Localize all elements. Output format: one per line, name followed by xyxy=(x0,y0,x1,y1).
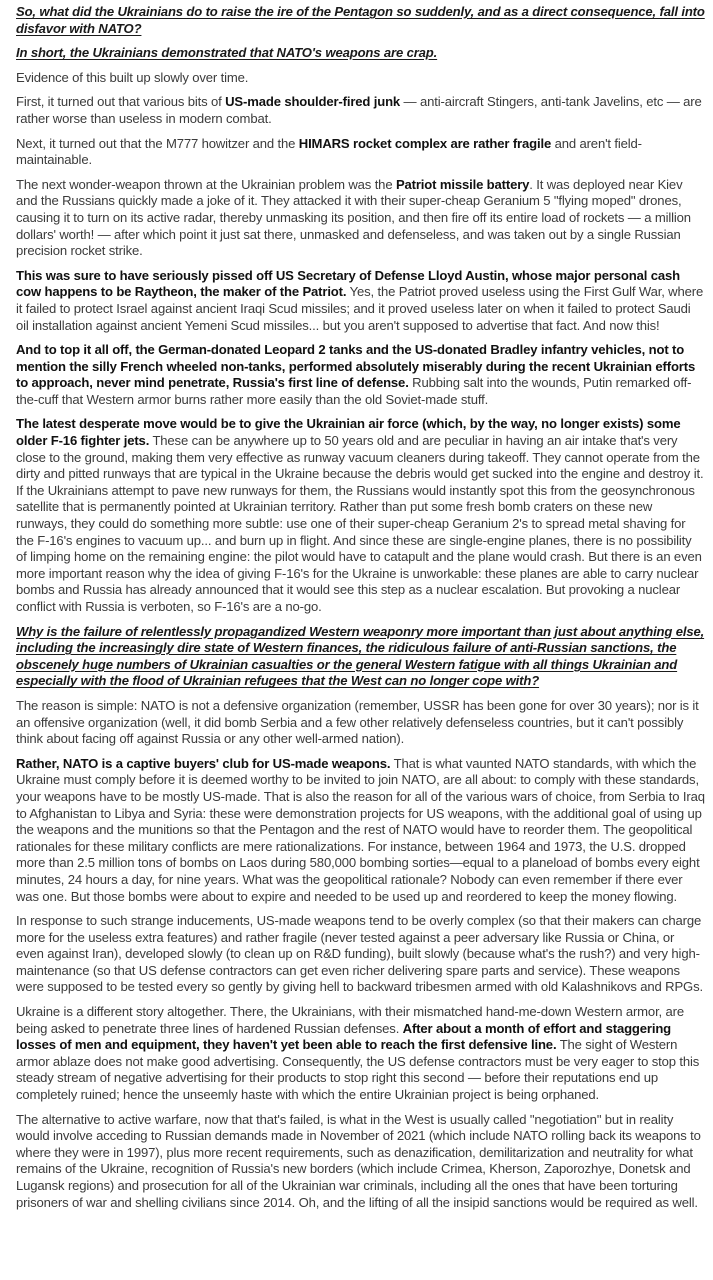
bold-emphasis: HIMARS rocket complex are rather fragile xyxy=(299,136,551,151)
bold-emphasis: US-made shoulder-fired junk xyxy=(225,94,400,109)
paragraph-inducements: In response to such strange inducements,… xyxy=(16,913,705,996)
paragraph-lloyd-austin: This was sure to have seriously pissed o… xyxy=(16,268,705,334)
text-span: Next, it turned out that the M777 howitz… xyxy=(16,136,299,151)
bold-emphasis: Patriot missile battery xyxy=(396,177,529,192)
text-span: These can be anywhere up to 50 years old… xyxy=(16,433,703,614)
paragraph-himars: Next, it turned out that the M777 howitz… xyxy=(16,136,705,169)
question-heading-1: So, what did the Ukrainians do to raise … xyxy=(16,4,705,37)
paragraph-reason: The reason is simple: NATO is not a defe… xyxy=(16,698,705,748)
question-heading-2: Why is the failure of relentlessly propa… xyxy=(16,624,705,690)
text-span: That is what vaunted NATO standards, wit… xyxy=(16,756,705,904)
paragraph-patriot: The next wonder-weapon thrown at the Ukr… xyxy=(16,177,705,260)
paragraph-evidence: Evidence of this built up slowly over ti… xyxy=(16,70,705,87)
text-span: First, it turned out that various bits o… xyxy=(16,94,225,109)
answer-heading-1: In short, the Ukrainians demonstrated th… xyxy=(16,45,705,62)
paragraph-buyers-club: Rather, NATO is a captive buyers' club f… xyxy=(16,756,705,905)
paragraph-negotiation: The alternative to active warfare, now t… xyxy=(16,1112,705,1212)
article-body: So, what did the Ukrainians do to raise … xyxy=(0,4,713,1211)
bold-emphasis: Rather, NATO is a captive buyers' club f… xyxy=(16,756,390,771)
paragraph-f16: The latest desperate move would be to gi… xyxy=(16,416,705,615)
paragraph-tanks: And to top it all off, the German-donate… xyxy=(16,342,705,408)
text-span: The next wonder-weapon thrown at the Ukr… xyxy=(16,177,396,192)
paragraph-ukraine-different: Ukraine is a different story altogether.… xyxy=(16,1004,705,1104)
paragraph-shoulder-fired: First, it turned out that various bits o… xyxy=(16,94,705,127)
